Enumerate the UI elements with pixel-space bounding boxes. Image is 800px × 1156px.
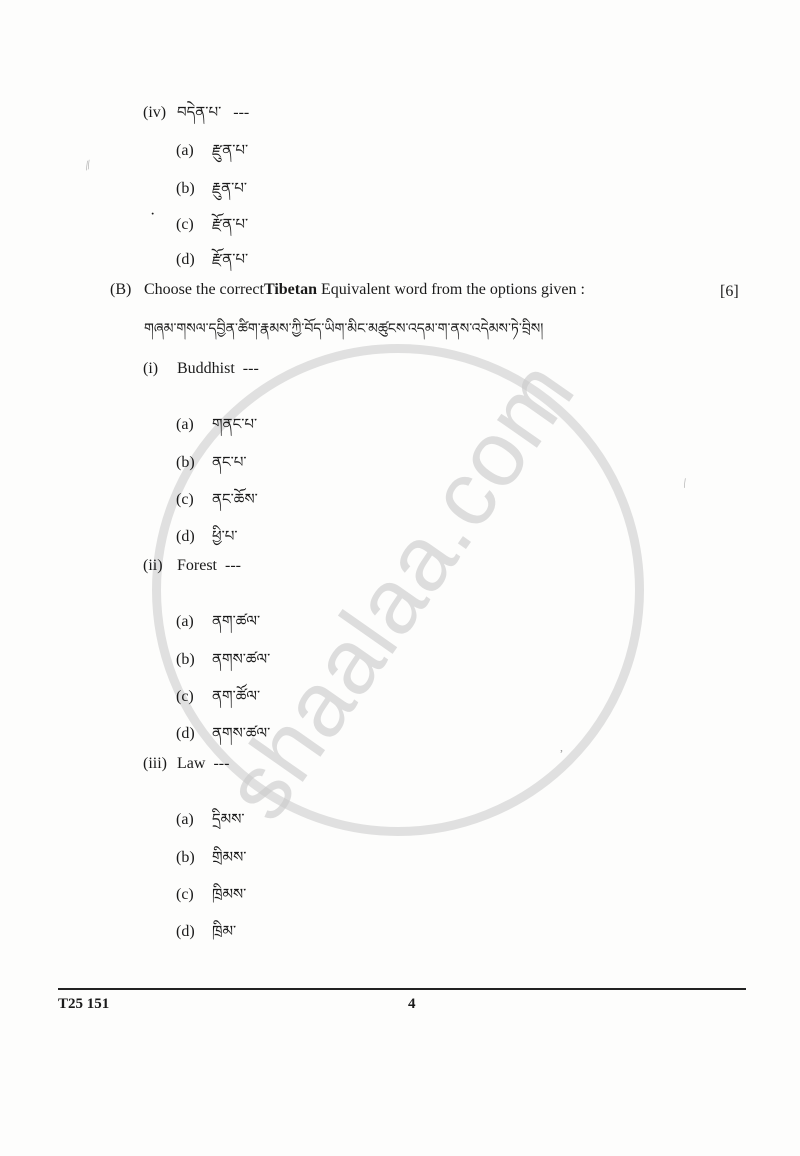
question-word: Buddhist: [177, 360, 235, 378]
question-item: (ii)Forest---: [143, 557, 241, 575]
option-b: (b)གྲིམས་: [176, 841, 246, 883]
option-label: (c): [176, 886, 212, 904]
option-text: དྲིམས་: [212, 803, 245, 845]
option-a: (a)དྲིམས་: [176, 803, 245, 845]
question-dash: ---: [233, 104, 249, 122]
option-text: གནང་པ་: [212, 408, 257, 450]
question-word: Forest: [177, 557, 217, 575]
option-label: (a): [176, 811, 212, 829]
stray-mark: ⁄: [680, 477, 689, 491]
option-d: (d)ཁྲིམ་: [176, 915, 236, 957]
question-item: (iii)Law---: [143, 755, 229, 773]
question-number: (iii): [143, 755, 177, 773]
option-c: (c)ནག་ཚོལ་: [176, 680, 260, 722]
option-a: (a)ནག་ཚལ་: [176, 605, 260, 647]
option-b: (b)ནགས་ཚལ་: [176, 643, 270, 685]
option-label: (b): [176, 651, 212, 669]
marks: [6]: [720, 283, 739, 301]
question-item: (i)Buddhist---: [143, 360, 259, 378]
instruction-pre: Choose the correct: [144, 281, 264, 299]
option-b: (b)ནང་པ་: [176, 446, 247, 488]
option-c: (c)ནང་ཆོས་: [176, 483, 258, 525]
question-prompt: བདེན་པ་: [177, 96, 221, 138]
option-a: (a) རྫུན་པ་: [176, 134, 248, 176]
option-text: རྫུན་པ་: [212, 134, 248, 176]
paper-code: T25 151: [58, 996, 109, 1013]
option-text: ནང་པ་: [212, 446, 247, 488]
option-text: ཁྲིམས་: [212, 878, 246, 920]
question-word: Law: [177, 755, 205, 773]
option-d: (d)ནགས་ཚལ་: [176, 717, 270, 759]
question-number: (i): [143, 360, 177, 378]
question-number: (iv): [143, 104, 177, 122]
option-a: (a)གནང་པ་: [176, 408, 257, 450]
option-label: (d): [176, 923, 212, 941]
option-label: (b): [176, 180, 212, 198]
question-number: (ii): [143, 557, 177, 575]
option-text: ནང་ཆོས་: [212, 483, 258, 525]
question-iv: (iv) བདེན་པ་ ---: [143, 96, 249, 138]
option-text: ཁྲིམ་: [212, 915, 236, 957]
option-text: ནགས་ཚལ་: [212, 717, 270, 759]
option-label: (c): [176, 688, 212, 706]
option-text: གྲིམས་: [212, 841, 246, 883]
option-label: (d): [176, 725, 212, 743]
instruction-tibetan: གཞམ་གསལ་དབྱིན་ཚིག་རྣམས་ཀྱི་བོད་ཡིག་མིང་མ…: [144, 312, 543, 352]
option-d: (d)ཕྱི་པ་: [176, 520, 238, 562]
question-dash: ---: [243, 360, 259, 378]
stray-mark: ⁄⁄: [83, 158, 94, 173]
page-number: 4: [408, 996, 416, 1013]
question-dash: ---: [213, 755, 229, 773]
option-text: ནག་ཚོལ་: [212, 680, 260, 722]
option-c: (c)ཁྲིམས་: [176, 878, 246, 920]
option-text: ནག་ཚལ་: [212, 605, 260, 647]
option-label: (b): [176, 454, 212, 472]
question-dash: ---: [225, 557, 241, 575]
option-label: (b): [176, 849, 212, 867]
option-text: ནགས་ཚལ་: [212, 643, 270, 685]
section-b-heading: (B) Choose the correct Tibetan Equivalen…: [110, 281, 585, 299]
option-d: (d) རྫོན་པ་: [176, 243, 248, 285]
stray-dot: ·: [150, 206, 155, 224]
instruction-post: Equivalent word from the options given :: [317, 281, 585, 299]
section-label: (B): [110, 281, 144, 299]
option-label: (d): [176, 528, 212, 546]
option-label: (a): [176, 416, 212, 434]
option-label: (a): [176, 613, 212, 631]
option-label: (c): [176, 216, 212, 234]
option-text: ཕྱི་པ་: [212, 520, 238, 562]
footer-divider: [58, 988, 746, 990]
option-label: (c): [176, 491, 212, 509]
stray-mark: ,: [560, 740, 563, 755]
option-label: (a): [176, 142, 212, 160]
option-text: རྫོན་པ་: [212, 243, 248, 285]
instruction-bold: Tibetan: [264, 281, 317, 299]
option-label: (d): [176, 251, 212, 269]
